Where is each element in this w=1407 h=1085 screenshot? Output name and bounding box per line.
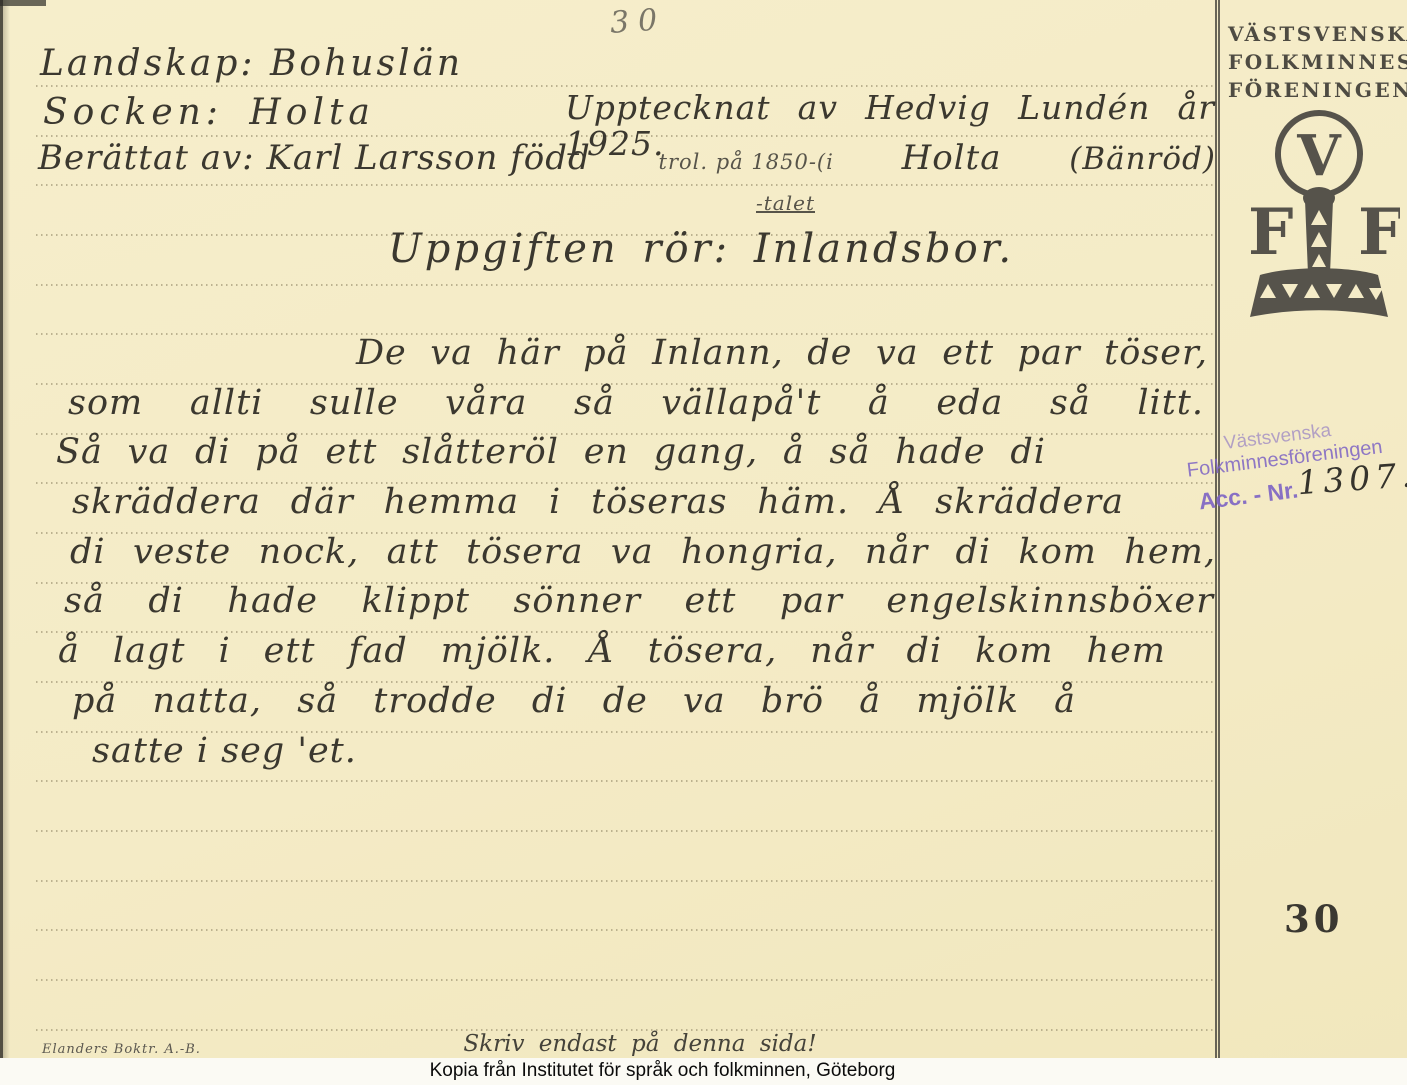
write-only-this-side-note: Skriv endast på denna sida! [330, 1031, 950, 1057]
page-number-stamp: 30 [1284, 897, 1344, 941]
berattat-main: Berättat av: Karl Larsson född [38, 140, 591, 177]
record-title: Uppgiften rör: Inlandsbor. [388, 227, 1014, 271]
ruled-line [36, 880, 1214, 882]
monogram-f-right: F [1358, 195, 1400, 270]
berattat-place-paren: (Bänröd) [1069, 142, 1216, 176]
letterhead-line-1: VÄSTSVENSKA [1228, 22, 1400, 46]
ruled-line [36, 284, 1214, 286]
body-line: De va här på Inlann, de va ett par töser… [356, 334, 1208, 373]
berattat-note: trol. på 1850-(i [659, 151, 834, 174]
copy-note: Kopia från Institutet för språk och folk… [0, 1058, 1407, 1084]
body-line: di veste nock, att tösera va hongria, nå… [70, 533, 1216, 572]
letterhead-line-3: FÖRENINGEN [1228, 78, 1400, 102]
letterhead-line-2: FOLKMINNES= [1228, 50, 1400, 74]
archive-record-card: 30 Landskap: Bohuslän Socken: Holta Uppt… [0, 0, 1407, 1085]
ruled-line [36, 830, 1214, 832]
field-landskap: Landskap: Bohuslän [40, 44, 463, 84]
ruled-line [36, 979, 1214, 981]
thors-hammer-logo-icon: V F F [1238, 102, 1400, 332]
body-line: som allti sulle våra så vällapå't å eda … [68, 384, 1204, 423]
accession-number-handwritten: 1307. [1296, 455, 1407, 502]
scan-edge-shadow [3, 0, 10, 1085]
body-line: på natta, så trodde di de va brö å mjölk… [72, 682, 1076, 721]
ruled-line [36, 780, 1214, 782]
ruled-line [36, 184, 1214, 186]
copy-note-strip: Kopia från Institutet för språk och folk… [0, 1058, 1407, 1085]
field-berattat: Berättat av: Karl Larsson född trol. på … [38, 140, 1216, 177]
berattat-place: Holta [902, 140, 1002, 177]
monogram-f-left: F [1248, 195, 1293, 270]
body-line: skräddera där hemma i töseras häm. Å skr… [72, 483, 1124, 522]
printer-imprint: Elanders Boktr. A.-B. [42, 1042, 201, 1057]
body-line: satte i seg 'et. [92, 732, 357, 771]
body-line: å lagt i ett fad mjölk. Å tösera, når di… [58, 632, 1166, 671]
field-socken: Socken: Holta [43, 93, 375, 133]
ruled-line [36, 85, 1214, 87]
page-number-pencil: 30 [609, 3, 667, 40]
body-line: Så va di på ett slåtteröl en gang, å så … [56, 433, 1046, 472]
body-line: så di hade klippt sönner ett par engelsk… [64, 582, 1214, 621]
scan-edge-corner [0, 0, 46, 6]
berattat-note-insert: -talet [756, 192, 815, 214]
monogram-v: V [1296, 123, 1342, 189]
stamp-acc-nr-label: Acc. - Nr. [1197, 476, 1299, 515]
ruled-line [36, 929, 1214, 931]
